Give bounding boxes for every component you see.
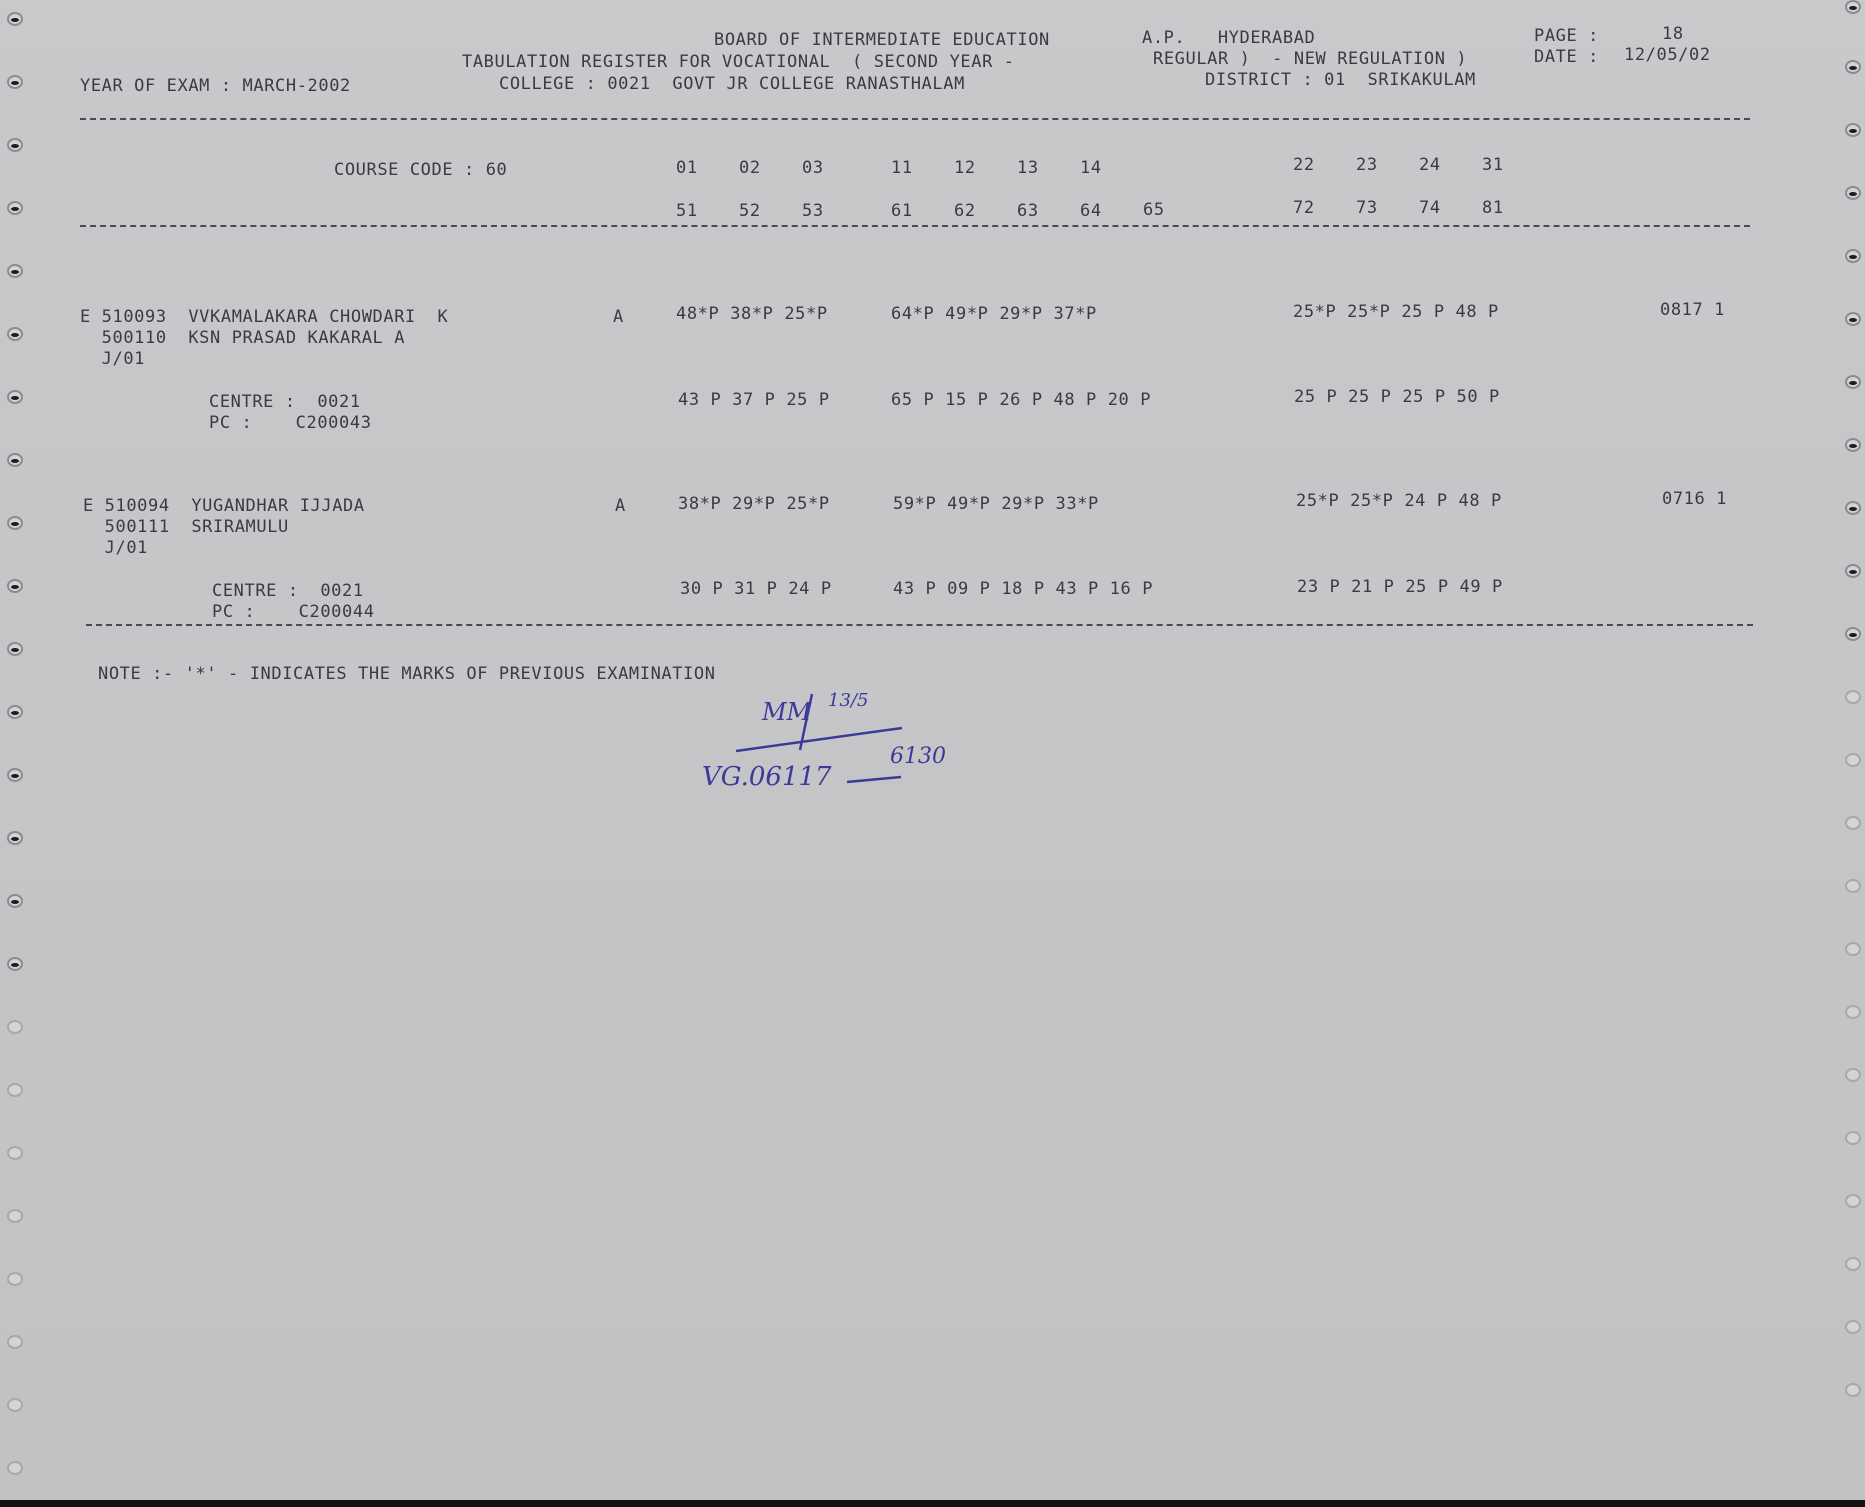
feed-hole [1845, 942, 1861, 956]
feed-hole [7, 201, 23, 215]
feed-hole [1845, 1005, 1861, 1019]
feed-hole [7, 453, 23, 467]
marks-row: 59*P 49*P 29*P 33*P [893, 494, 1099, 514]
feed-hole [7, 516, 23, 530]
feed-hole [1845, 249, 1861, 263]
feed-hole [7, 1020, 23, 1034]
pc-code: PC : C200043 [209, 413, 372, 433]
feed-hole [1845, 564, 1861, 578]
feed-hole [7, 1272, 23, 1286]
handwritten-verification: VG.06117 [702, 762, 832, 792]
subject-code: 03 [802, 158, 824, 178]
marks-row: 25*P 25*P 24 P 48 P [1296, 491, 1502, 511]
course-code: COURSE CODE : 60 [334, 160, 507, 180]
student-id-name: E 510094 YUGANDHAR IJJADA [83, 496, 365, 516]
feed-hole [1845, 123, 1861, 137]
subject-code: 73 [1356, 198, 1378, 218]
feed-hole [1845, 1383, 1861, 1397]
feed-hole [1845, 312, 1861, 326]
pc-code: PC : C200044 [212, 602, 375, 622]
footnote: NOTE :- '*' - INDICATES THE MARKS OF PRE… [98, 664, 716, 684]
subject-code: 72 [1293, 198, 1315, 218]
centre-code: CENTRE : 0021 [212, 581, 364, 601]
feed-hole [1845, 186, 1861, 200]
page-label: PAGE : [1534, 26, 1599, 46]
feed-hole [7, 768, 23, 782]
subject-code: 62 [954, 201, 976, 221]
subject-code: 13 [1017, 158, 1039, 178]
feed-hole [7, 957, 23, 971]
feed-hole [7, 12, 23, 26]
date-label: DATE : [1534, 47, 1599, 67]
subject-code: 22 [1293, 155, 1315, 175]
feed-hole [1845, 375, 1861, 389]
subject-code: 12 [954, 158, 976, 178]
marks-row: 23 P 21 P 25 P 49 P [1297, 577, 1503, 597]
feed-hole [7, 579, 23, 593]
codes-divider [80, 225, 1750, 227]
marks-row: 25*P 25*P 25 P 48 P [1293, 302, 1499, 322]
feed-hole [1845, 690, 1861, 704]
regulation-label: REGULAR ) - NEW REGULATION ) [1153, 49, 1467, 69]
records-divider [86, 624, 1753, 626]
marks-row: 43 P 37 P 25 P [678, 390, 830, 410]
student-id-name: E 510093 VVKAMALAKARA CHOWDARI K [80, 307, 448, 327]
print-date: 12/05/02 [1624, 45, 1711, 65]
subject-code: 81 [1482, 198, 1504, 218]
feed-hole [1845, 1257, 1861, 1271]
feed-hole [7, 894, 23, 908]
subject-code: 64 [1080, 201, 1102, 221]
register-title: TABULATION REGISTER FOR VOCATIONAL ( SEC… [462, 52, 1015, 72]
subject-code: 63 [1017, 201, 1039, 221]
subject-code: 24 [1419, 155, 1441, 175]
feed-hole [7, 1146, 23, 1160]
header-divider [80, 118, 1750, 120]
feed-hole [1845, 438, 1861, 452]
marks-row: 43 P 09 P 18 P 43 P 16 P [893, 579, 1153, 599]
feed-hole [1845, 879, 1861, 893]
feed-hole [1845, 1068, 1861, 1082]
student-parent: 500111 SRIRAMULU [83, 517, 289, 537]
feed-hole [7, 390, 23, 404]
district-name: DISTRICT : 01 SRIKAKULAM [1205, 70, 1476, 90]
dash-stroke [845, 770, 905, 790]
college-name: COLLEGE : 0021 GOVT JR COLLEGE RANASTHAL… [499, 74, 965, 94]
feed-hole [7, 642, 23, 656]
feed-hole [7, 1335, 23, 1349]
student-parent: 500110 KSN PRASAD KAKARAL A [80, 328, 405, 348]
subject-code: 65 [1143, 200, 1165, 220]
year-of-exam: YEAR OF EXAM : MARCH-2002 [80, 76, 351, 96]
student-group: J/01 [83, 538, 148, 558]
student-group: J/01 [80, 349, 145, 369]
subject-code: 61 [891, 201, 913, 221]
subject-code: 31 [1482, 155, 1504, 175]
subject-code: 11 [891, 158, 913, 178]
subject-code: 23 [1356, 155, 1378, 175]
feed-hole [1845, 501, 1861, 515]
page-number: 18 [1662, 24, 1684, 44]
feed-hole [1845, 60, 1861, 74]
feed-hole [7, 1083, 23, 1097]
feed-hole [7, 75, 23, 89]
feed-hole [7, 1461, 23, 1475]
feed-hole [1845, 1194, 1861, 1208]
total-marks: 0817 1 [1660, 300, 1725, 320]
feed-hole [1845, 753, 1861, 767]
marks-row: 25 P 25 P 25 P 50 P [1294, 387, 1500, 407]
feed-hole [7, 327, 23, 341]
board-title: BOARD OF INTERMEDIATE EDUCATION [714, 30, 1050, 50]
feed-hole [7, 705, 23, 719]
handwritten-number: 6130 [890, 744, 946, 769]
feed-hole [7, 138, 23, 152]
student-grade: A [613, 307, 624, 327]
subject-code: 14 [1080, 158, 1102, 178]
subject-code: 53 [802, 201, 824, 221]
feed-hole [1845, 816, 1861, 830]
marks-row: 64*P 49*P 29*P 37*P [891, 304, 1097, 324]
centre-code: CENTRE : 0021 [209, 392, 361, 412]
feed-hole [1845, 627, 1861, 641]
paper-bottom-edge [0, 1500, 1865, 1507]
marks-row: 48*P 38*P 25*P [676, 304, 828, 324]
tabulation-sheet: BOARD OF INTERMEDIATE EDUCATION A.P. HYD… [0, 0, 1865, 1502]
board-location: A.P. HYDERABAD [1142, 28, 1315, 48]
feed-hole [7, 264, 23, 278]
feed-hole [7, 831, 23, 845]
student-grade: A [615, 496, 626, 516]
marks-row: 38*P 29*P 25*P [678, 494, 830, 514]
marks-row: 65 P 15 P 26 P 48 P 20 P [891, 390, 1151, 410]
total-marks: 0716 1 [1662, 489, 1727, 509]
subject-code: 02 [739, 158, 761, 178]
feed-hole [1845, 1131, 1861, 1145]
signature-strokes [730, 688, 910, 758]
feed-hole [7, 1209, 23, 1223]
marks-row: 30 P 31 P 24 P [680, 579, 832, 599]
subject-code: 51 [676, 201, 698, 221]
feed-hole [1845, 0, 1861, 14]
feed-hole [1845, 1320, 1861, 1334]
subject-code: 52 [739, 201, 761, 221]
subject-code: 01 [676, 158, 698, 178]
feed-hole [7, 1398, 23, 1412]
subject-code: 74 [1419, 198, 1441, 218]
